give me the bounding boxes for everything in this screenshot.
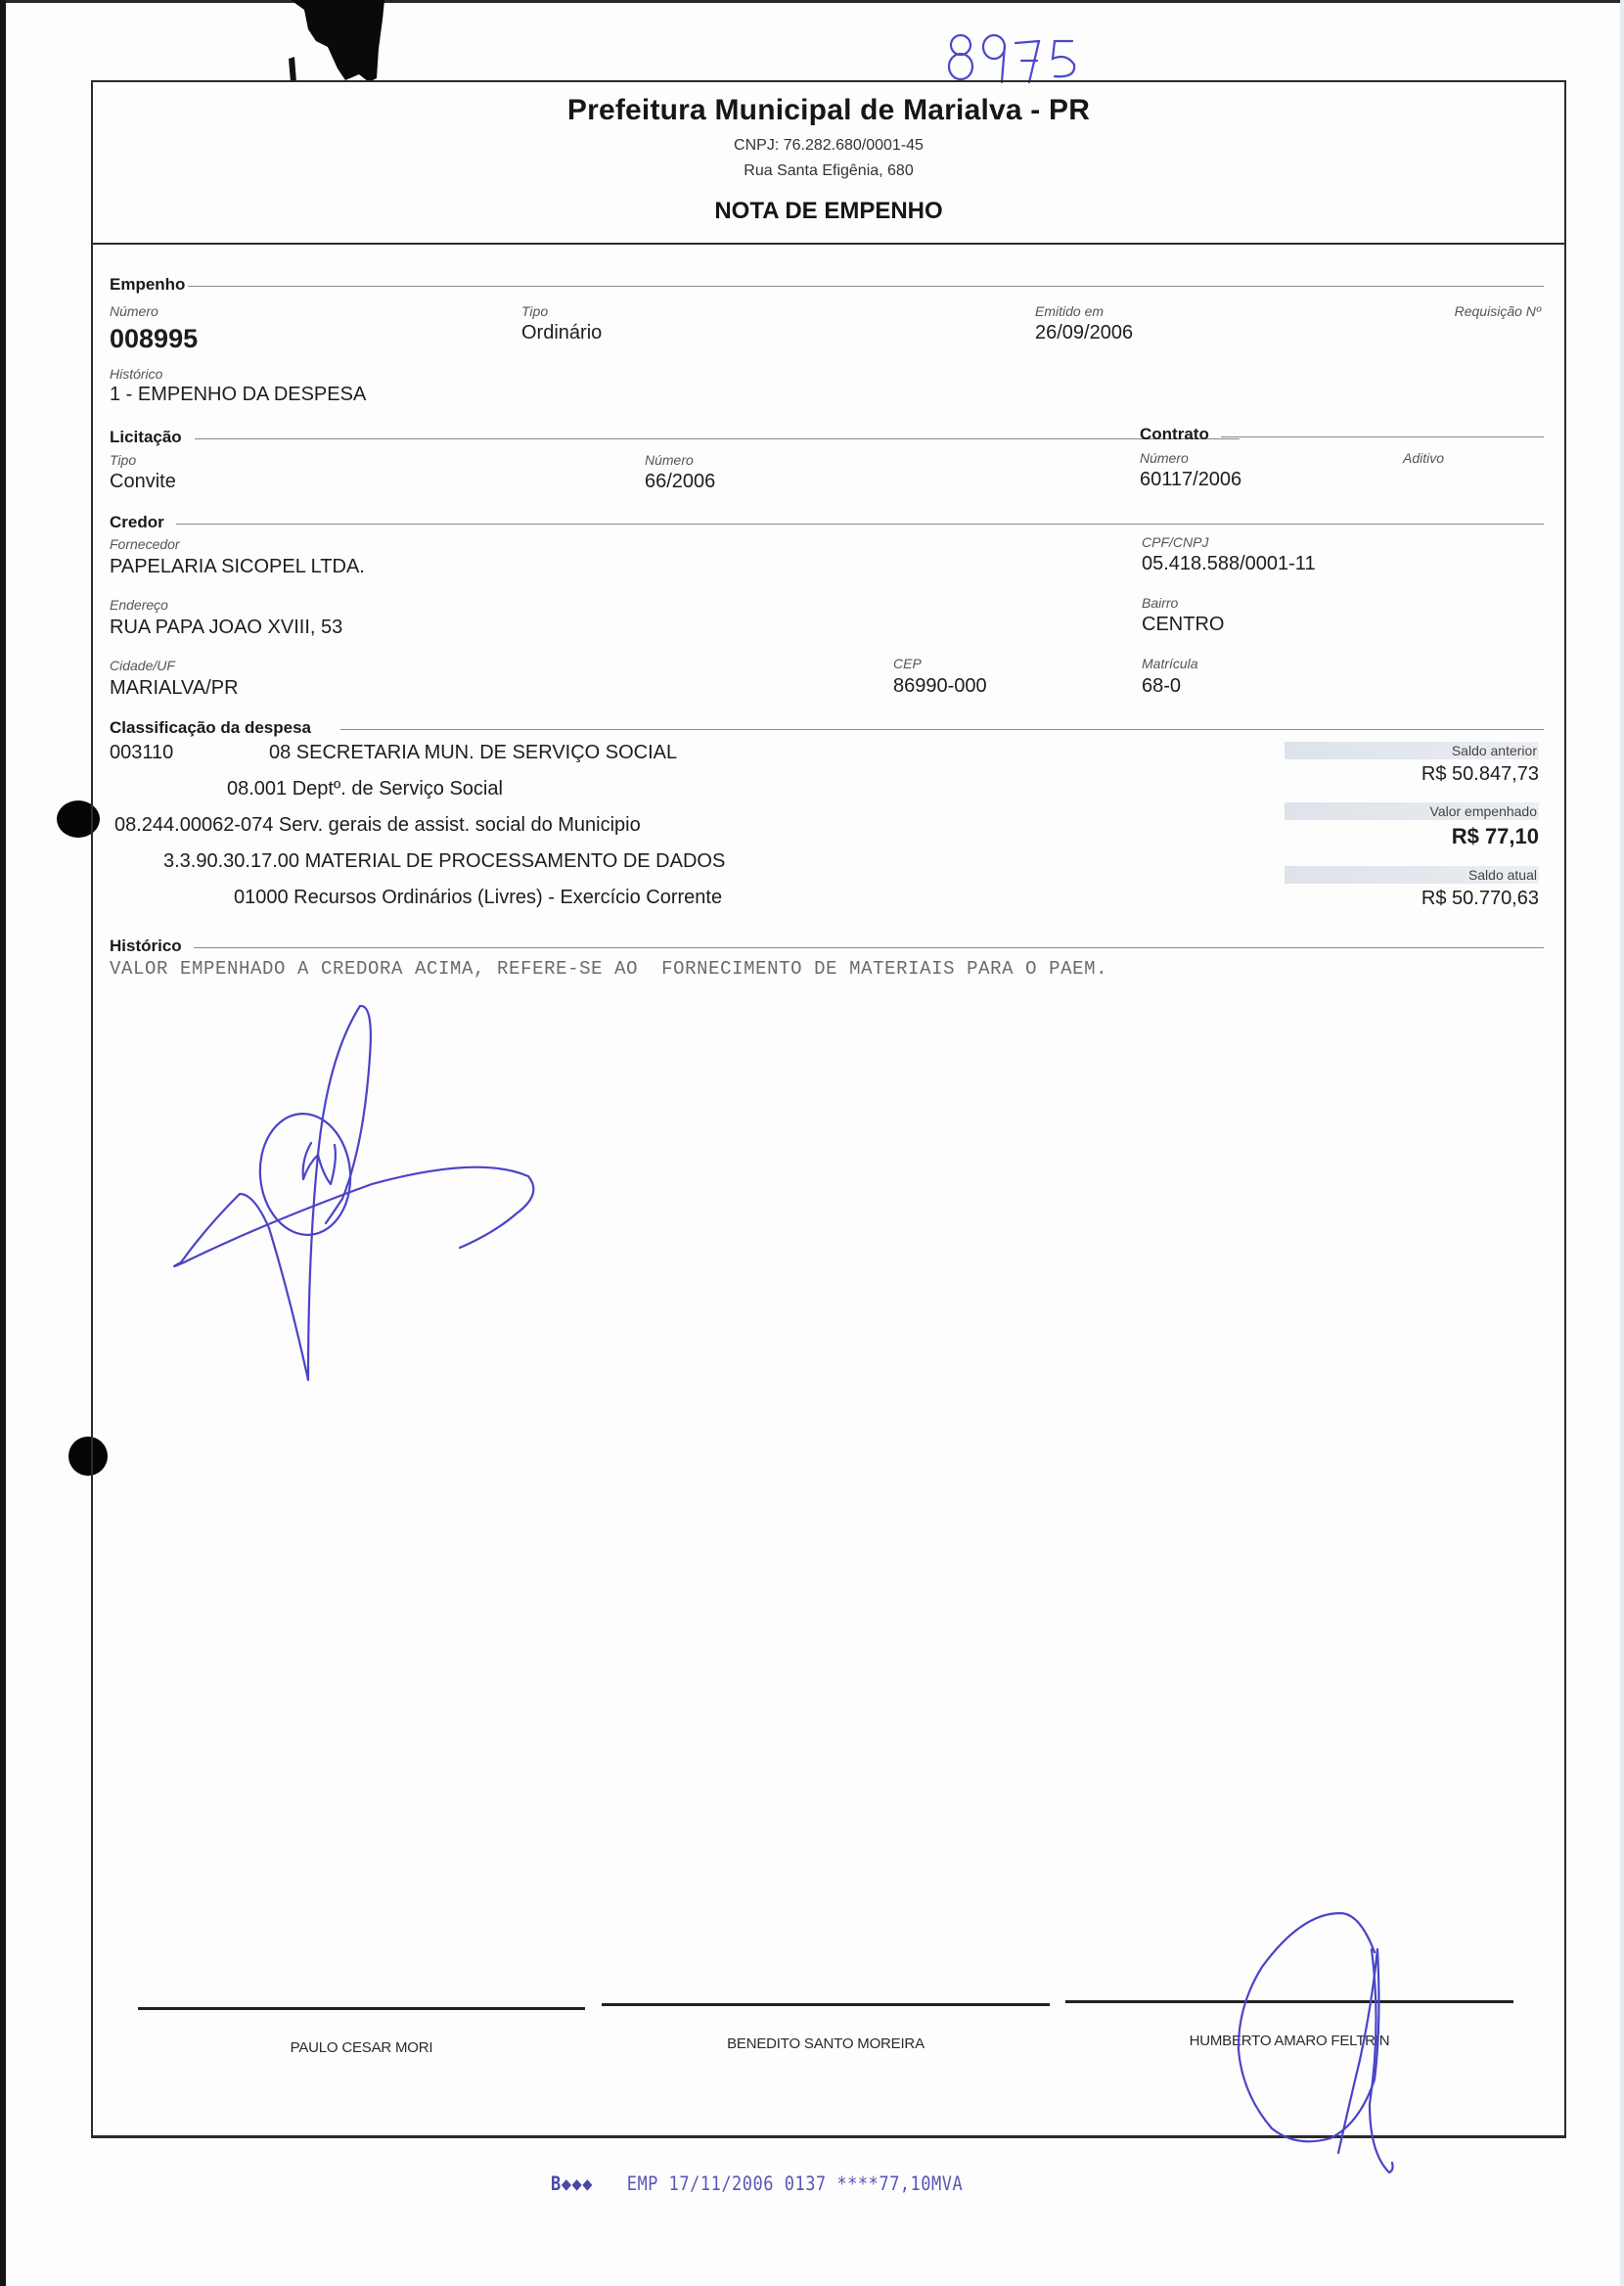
valor-empenhado-box: Valor empenhado R$ 77,10 xyxy=(1285,802,1539,849)
licitacao-tipo-label: Tipo xyxy=(110,452,136,468)
scan-edge-right xyxy=(1620,0,1624,2286)
empenho-numero-label: Número xyxy=(110,303,158,319)
page-title: Prefeitura Municipal de Marialva - PR xyxy=(93,94,1564,127)
cpf-cnpj: 05.418.588/0001-11 xyxy=(1142,553,1316,575)
section-divider xyxy=(194,947,1544,948)
empenho-historico: 1 - EMPENHO DA DESPESA xyxy=(110,384,366,406)
classificacao-natureza: 3.3.90.30.17.00 MATERIAL DE PROCESSAMENT… xyxy=(163,850,725,873)
section-divider xyxy=(195,438,1240,439)
municipality-address: Rua Santa Efigênia, 680 xyxy=(93,162,1564,180)
signatory-2: BENEDITO SANTO MOREIRA xyxy=(602,2035,1050,2052)
emitido-date: 26/09/2006 xyxy=(1035,322,1133,344)
bank-logo-icon: B◆◆◆ xyxy=(551,2173,593,2196)
endereco-label: Endereço xyxy=(110,597,168,613)
fornecedor-label: Fornecedor xyxy=(110,536,180,552)
saldo-atual-label: Saldo atual xyxy=(1285,866,1539,884)
signature-line-1 xyxy=(138,2007,585,2010)
signatory-1: PAULO CESAR MORI xyxy=(138,2039,585,2056)
scan-edge-top xyxy=(0,0,1624,3)
fornecedor-name: PAPELARIA SICOPEL LTDA. xyxy=(110,556,365,578)
section-historico: Histórico xyxy=(110,937,182,956)
empenho-tipo-label: Tipo xyxy=(521,303,548,319)
empenho-tipo: Ordinário xyxy=(521,322,602,344)
section-divider xyxy=(188,286,1544,287)
valor-empenhado-label: Valor empenhado xyxy=(1285,802,1539,820)
contrato-numero: 60117/2006 xyxy=(1140,469,1241,491)
classificacao-unidade: 08.001 Deptº. de Serviço Social xyxy=(227,778,503,800)
historico-text: VALOR EMPENHADO A CREDORA ACIMA, REFERE-… xyxy=(110,958,1107,980)
valor-empenhado: R$ 77,10 xyxy=(1285,824,1539,849)
saldo-anterior-box: Saldo anterior R$ 50.847,73 xyxy=(1285,742,1539,786)
empenho-numero: 008995 xyxy=(110,324,198,354)
paper-clip-shadow-icon xyxy=(289,0,386,84)
section-classificacao: Classificação da despesa xyxy=(110,718,311,738)
section-licitacao: Licitação xyxy=(110,428,182,447)
section-divider xyxy=(176,524,1544,525)
classificacao-orgao: 08 SECRETARIA MUN. DE SERVIÇO SOCIAL xyxy=(269,742,677,764)
empenho-historico-label: Histórico xyxy=(110,366,162,382)
matricula: 68-0 xyxy=(1142,675,1181,698)
licitacao-numero: 66/2006 xyxy=(645,471,715,493)
classificacao-fonte: 01000 Recursos Ordinários (Livres) - Exe… xyxy=(234,887,722,909)
cep-label: CEP xyxy=(893,656,922,671)
section-contrato: Contrato xyxy=(1140,425,1209,444)
section-credor: Credor xyxy=(110,513,164,532)
empenho-form: Prefeitura Municipal de Marialva - PR CN… xyxy=(91,80,1566,2138)
classificacao-codigo: 003110 xyxy=(110,742,173,764)
document-header: Prefeitura Municipal de Marialva - PR CN… xyxy=(93,82,1564,245)
cpf-cnpj-label: CPF/CNPJ xyxy=(1142,534,1208,550)
signature-line-3 xyxy=(1065,2000,1513,2003)
bank-authentication-stamp: B◆◆◆ EMP 17/11/2006 0137 ****77,10MVA xyxy=(551,2173,963,2196)
section-divider xyxy=(1221,436,1544,437)
bairro-label: Bairro xyxy=(1142,595,1178,611)
licitacao-tipo: Convite xyxy=(110,471,176,493)
classificacao-funcional: 08.244.00062-074 Serv. gerais de assist.… xyxy=(114,814,641,837)
saldo-anterior: R$ 50.847,73 xyxy=(1285,763,1539,786)
emitido-label: Emitido em xyxy=(1035,303,1104,319)
section-divider xyxy=(340,729,1544,730)
section-empenho: Empenho xyxy=(110,275,185,295)
signature-line-2 xyxy=(602,2003,1050,2006)
signatory-3: HUMBERTO AMARO FELTRIN xyxy=(1065,2033,1513,2049)
saldo-anterior-label: Saldo anterior xyxy=(1285,742,1539,759)
cidade-label: Cidade/UF xyxy=(110,658,175,673)
licitacao-numero-label: Número xyxy=(645,452,694,468)
scan-edge-left xyxy=(0,0,6,2286)
cidade: MARIALVA/PR xyxy=(110,677,239,700)
handwritten-page-number xyxy=(943,29,1100,88)
municipality-cnpj: CNPJ: 76.282.680/0001-45 xyxy=(93,137,1564,155)
cep: 86990-000 xyxy=(893,675,987,698)
requisicao-label: Requisição Nº xyxy=(1455,303,1541,319)
bairro: CENTRO xyxy=(1142,614,1224,636)
contrato-aditivo-label: Aditivo xyxy=(1403,450,1444,466)
stamp-text: EMP 17/11/2006 0137 ****77,10MVA xyxy=(627,2173,964,2196)
saldo-atual-box: Saldo atual R$ 50.770,63 xyxy=(1285,866,1539,910)
saldo-atual: R$ 50.770,63 xyxy=(1285,888,1539,910)
document-type: NOTA DE EMPENHO xyxy=(93,198,1564,225)
contrato-numero-label: Número xyxy=(1140,450,1189,466)
matricula-label: Matrícula xyxy=(1142,656,1198,671)
endereco: RUA PAPA JOAO XVIII, 53 xyxy=(110,617,342,639)
